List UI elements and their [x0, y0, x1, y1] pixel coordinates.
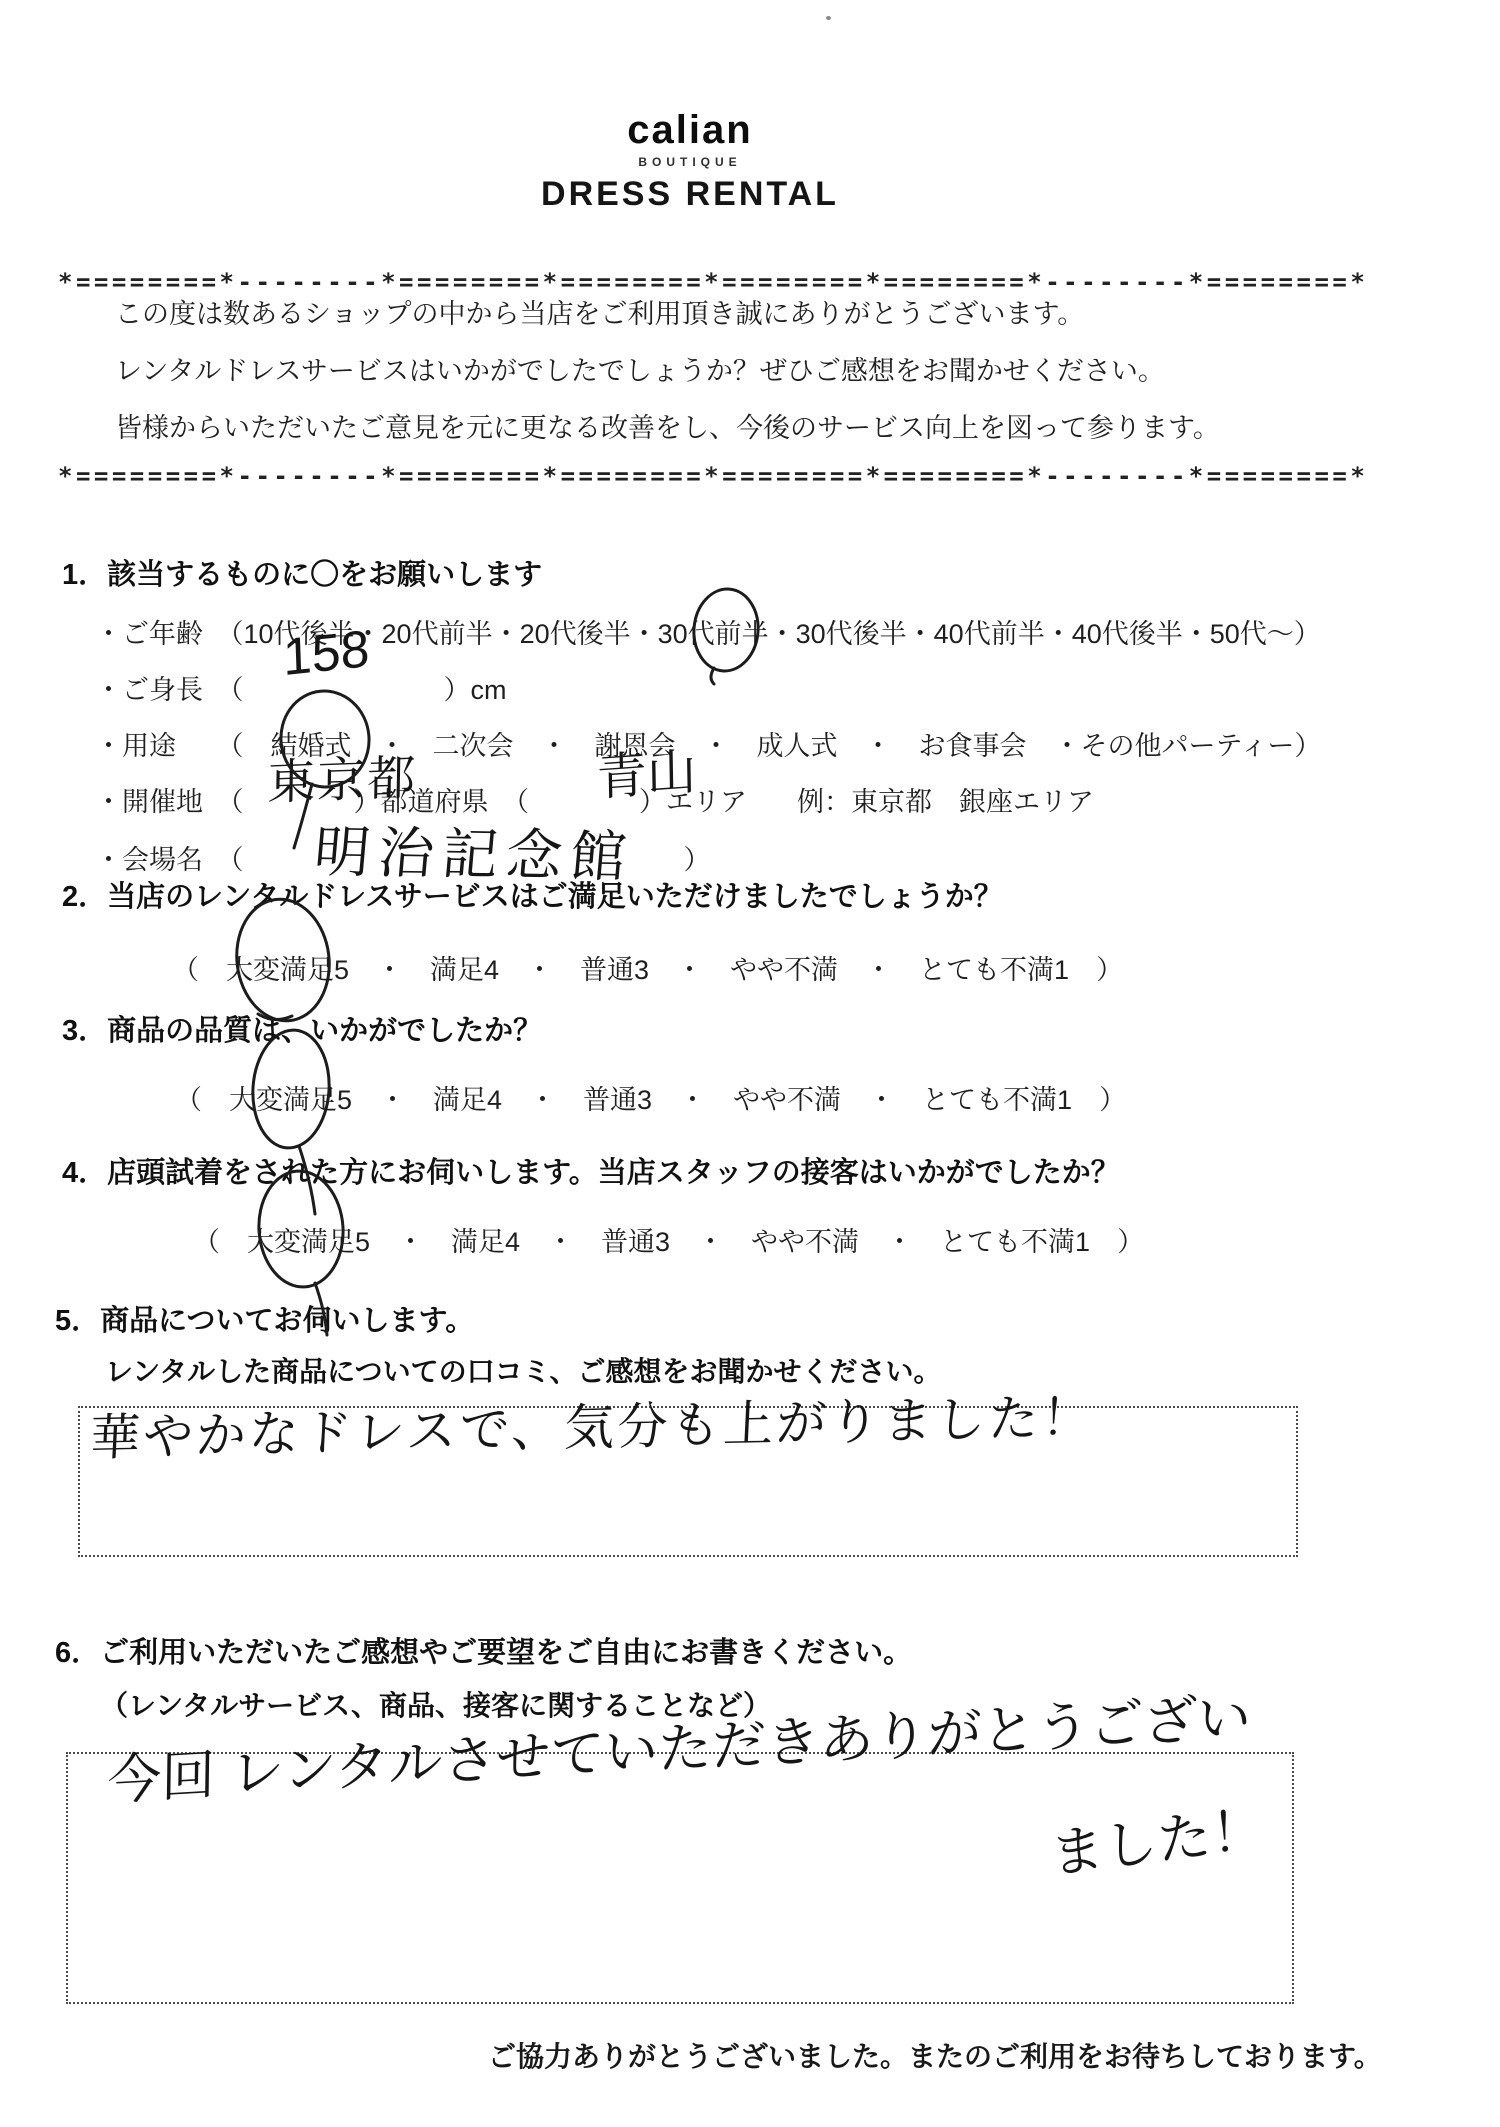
q5-heading: 5．商品についてお伺いします。: [55, 1298, 474, 1339]
separator-line-bottom: *========*--------*========*========*===…: [58, 462, 1388, 490]
q1-heading: 1．該当するものに〇をお願いします: [62, 552, 542, 593]
handwritten-area-value: 青山: [596, 731, 697, 810]
intro-line-1: この度は数あるショップの中から当店をご利用頂き誠にありがとうございます。: [115, 286, 1220, 343]
intro-paragraph: この度は数あるショップの中から当店をご利用頂き誠にありがとうございます。 レンタ…: [115, 286, 1220, 457]
survey-form-page: calian BOUTIQUE DRESS RENTAL *========*-…: [0, 0, 1500, 2127]
brand-logo: calian: [0, 108, 1380, 153]
circle-tail-age: [711, 668, 714, 684]
q2-options: （ 大変満足5 ・ 満足4 ・ 普通3 ・ やや不満 ・ とても不満1 ）: [172, 948, 1123, 987]
q1-venue-label: ・会場名 （: [95, 845, 244, 875]
handwritten-height-value: 158: [282, 619, 370, 688]
scan-artifact-dot: [826, 16, 831, 20]
intro-line-2: レンタルドレスサービスはいかがでしたでしょうか？ぜひご感想をお聞かせください。: [115, 343, 1220, 400]
header: calian BOUTIQUE DRESS RENTAL: [0, 108, 1380, 214]
q3-heading: 3．商品の品質は、いかがでしたか？: [62, 1008, 542, 1049]
intro-line-3: 皆様からいただいたご意見を元に更なる改善をし、今後のサービス向上を図って参ります…: [115, 400, 1220, 457]
q1-location-example: 例：東京都 銀座エリア: [797, 787, 1094, 817]
document-title: DRESS RENTAL: [0, 175, 1380, 214]
footer-note: ご協力ありがとうございました。またのご利用をお待ちしております。: [488, 2035, 1382, 2075]
brand-subtitle: BOUTIQUE: [0, 155, 1380, 169]
q4-heading: 4．店頭試着をされた方にお伺いします。当店スタッフの接客はいかがでしたか？: [62, 1150, 1120, 1191]
q1-height-unit: ）cm: [444, 675, 507, 705]
q1-height-label: ・ご身長 （: [95, 675, 244, 705]
q6-heading: 6．ご利用いただいたご感想やご要望をご自由にお書きください。: [55, 1630, 912, 1671]
handwritten-prefecture-value: 東京都: [267, 739, 418, 813]
q1-venue-close: ）: [684, 845, 711, 875]
handwritten-venue-value: 明治記念館: [311, 808, 638, 893]
q1-location-label: ・開催地 （: [95, 787, 244, 817]
q4-options: （ 大変満足5 ・ 満足4 ・ 普通3 ・ やや不満 ・ とても不満1 ）: [193, 1220, 1144, 1259]
q1-age-row: ・ご年齢 （10代後半・20代前半・20代後半・30代前半・30代後半・40代前…: [95, 612, 1321, 651]
q3-options: （ 大変満足5 ・ 満足4 ・ 普通3 ・ やや不満 ・ とても不満1 ）: [175, 1078, 1126, 1117]
